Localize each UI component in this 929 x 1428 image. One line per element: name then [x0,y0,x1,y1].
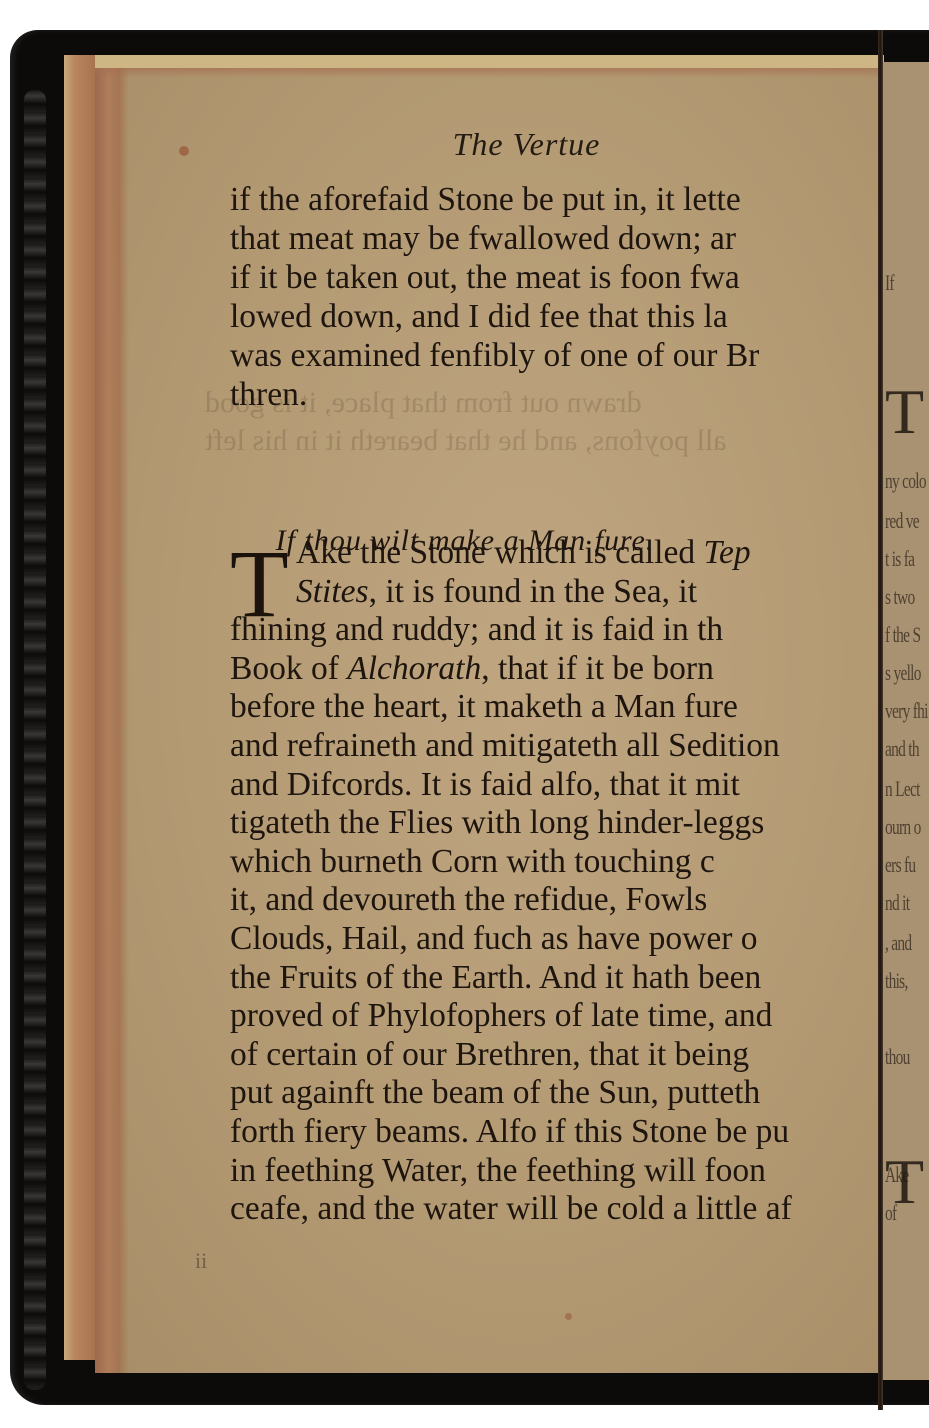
facing-text-fragment: this, [885,968,908,994]
text-line: it, and devoureth the refidue, Fowls [230,881,878,920]
foxing-spot [565,1313,572,1320]
text-line: Ake the Stone which is called Tep [230,534,878,573]
text-line: in feething Water, the feething will foo… [230,1152,878,1191]
continued-paragraph: if the aforefaid Stone be put in, it let… [230,180,878,414]
facing-text-fragment: f the S [885,622,920,648]
running-head: The Vertue [95,126,878,163]
left-stain [95,68,129,1373]
verso-page: drawn out from that place, it is good al… [95,68,878,1373]
facing-text-fragment: red ve [885,508,919,534]
text-line: and Difcords. It is faid alfo, that it m… [230,766,878,805]
book-scan: drawn out from that place, it is good al… [0,0,929,1428]
italic-term: Tep [703,534,750,571]
text-line: forth fiery beams. Alfo if this Stone be… [230,1113,878,1152]
section-body: Ake the Stone which is called TepStites,… [230,534,878,1229]
recto-page-fragment: Ifny colored vet is fas twof the Ss yell… [883,62,929,1380]
facing-drop-cap: T [885,380,924,444]
signature-mark: ii [195,1248,207,1274]
facing-text-fragment: and th [885,736,919,762]
text-line: the Fruits of the Earth. And it hath bee… [230,959,878,998]
text-line: ceafe, and the water will be cold a litt… [230,1190,878,1229]
text-line: and refraineth and mitigateth all Sediti… [230,727,878,766]
text-line: which burneth Corn with touching c [230,843,878,882]
facing-text-fragment: very fhi [885,698,928,724]
text-line: lowed down, and I did fee that this la [230,297,878,336]
show-through-text: all poyfons, and he that beareth it in h… [205,424,727,458]
text-line: of certain of our Brethren, that it bein… [230,1036,878,1075]
text-line: that meat may be fwallowed down; ar [230,219,878,258]
facing-text-fragment: t is fa [885,546,914,572]
text-line: thren. [230,375,878,414]
text-line: if it be taken out, the meat is foon fwa [230,258,878,297]
italic-term: Stites [296,573,369,610]
text-line: Book of Alchorath, that if it be born [230,650,878,689]
leather-texture [24,90,46,1390]
italic-term: Alchorath [347,650,481,687]
facing-text-fragment: s two [885,584,914,610]
facing-text-fragment: n Lect [885,776,920,802]
facing-text-fragment: ourn o [885,814,921,840]
facing-drop-cap: T [885,1150,924,1214]
text-line: fhining and ruddy; and it is faid in th [230,611,878,650]
text-line: before the heart, it maketh a Man fure [230,688,878,727]
facing-text-fragment: ny colo [885,468,926,494]
text-line: was examined fenfibly of one of our Br [230,336,878,375]
text-line: put againft the beam of the Sun, putteth [230,1074,878,1113]
text-line: proved of Phylofophers of late time, and [230,997,878,1036]
text-line: Stites, it is found in the Sea, it [230,573,878,612]
facing-text-fragment: s yello [885,660,921,686]
text-line: tigateth the Flies with long hinder-legg… [230,804,878,843]
gutter-stain [64,55,95,1360]
facing-text-fragment: If [885,270,894,296]
text-line: if the aforefaid Stone be put in, it let… [230,180,878,219]
top-stain [95,68,878,78]
text-line: Clouds, Hail, and fuch as have power o [230,920,878,959]
facing-text-fragment: , and [885,930,911,956]
facing-text-fragment: thou [885,1044,910,1070]
facing-text-fragment: nd it [885,890,909,916]
facing-text-fragment: ers fu [885,852,915,878]
